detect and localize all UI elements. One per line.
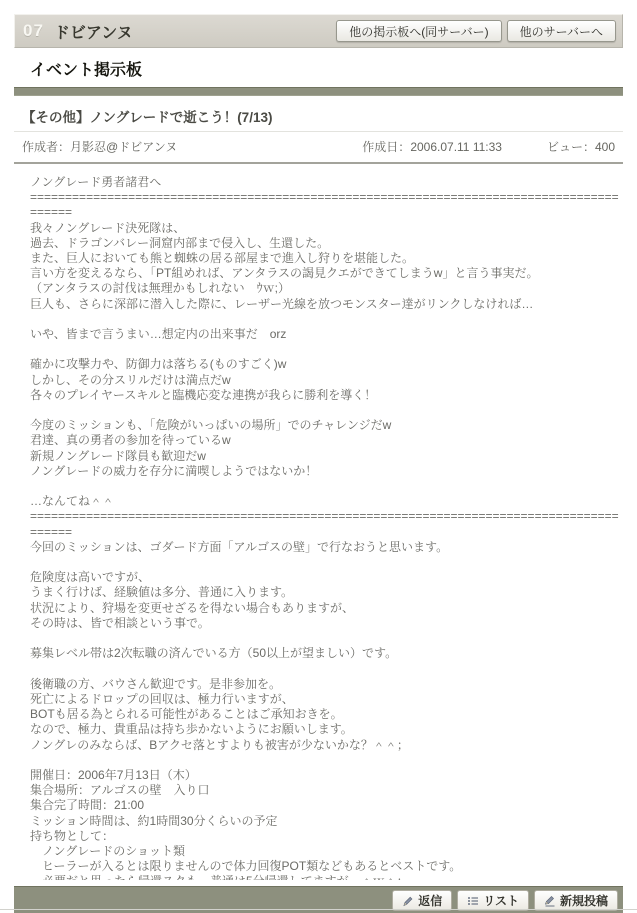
- author-label: 作成者：: [22, 140, 70, 154]
- views-label: ビュー：: [547, 140, 595, 154]
- list-button[interactable]: リスト: [457, 890, 529, 911]
- new-post-button-label: 新規投稿: [560, 892, 608, 909]
- reply-pencil-icon: [402, 895, 414, 907]
- new-post-button[interactable]: 新規投稿: [534, 890, 618, 911]
- board-number: 07: [23, 21, 44, 41]
- board-title: イベント掲示板: [30, 57, 623, 80]
- post-title: 【その他】ノングレードで逝こう！(7/13): [14, 96, 623, 132]
- post-date: 作成日：2006.07.11 11:33: [362, 138, 502, 155]
- author-value: 月影忍@ドビアンヌ: [70, 140, 177, 154]
- date-value: 2006.07.11 11:33: [410, 140, 502, 154]
- server-name: ドビアンヌ: [54, 20, 133, 43]
- post-body: ノングレード勇者諸君へ ============================…: [14, 164, 623, 880]
- reply-button-label: 返信: [418, 892, 442, 909]
- list-button-label: リスト: [483, 892, 519, 909]
- other-boards-button[interactable]: 他の掲示板へ(同サーバー): [336, 20, 501, 42]
- bulletin-board-page: 07 ドビアンヌ 他の掲示板へ(同サーバー) 他のサーバーへ イベント掲示板 【…: [14, 14, 623, 913]
- server-titlebar: 07 ドビアンヌ 他の掲示板へ(同サーバー) 他のサーバーへ: [14, 14, 623, 48]
- post-views: ビュー：400: [547, 138, 615, 155]
- post-meta-row: 作成者：月影忍@ドビアンヌ 作成日：2006.07.11 11:33 ビュー：4…: [14, 132, 623, 164]
- views-value: 400: [595, 140, 615, 154]
- other-servers-button[interactable]: 他のサーバーへ: [507, 20, 616, 42]
- top-divider-bar: [14, 87, 623, 96]
- date-label: 作成日：: [362, 140, 410, 154]
- page-bottom-divider: [0, 909, 637, 910]
- list-icon: [467, 895, 479, 907]
- post-author: 作成者：月影忍@ドビアンヌ: [22, 138, 362, 155]
- reply-button[interactable]: 返信: [392, 890, 452, 911]
- new-post-pencil-icon: [544, 895, 556, 907]
